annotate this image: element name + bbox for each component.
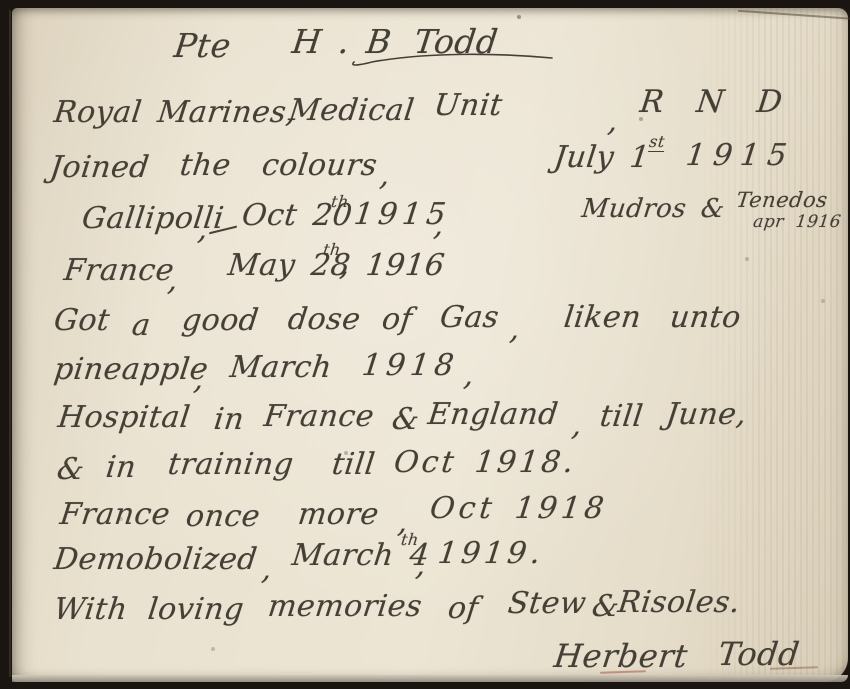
line-memories-segment: of (446, 591, 480, 626)
line-unit-segment: R N D (638, 84, 785, 120)
photograph-frame: { "document": { "kind": "handwritten aut… (0, 0, 850, 689)
line-gas-1-segment: a (130, 308, 153, 343)
line-france-1918-segment: once (184, 499, 262, 534)
line-hospital-segment: till (598, 399, 645, 434)
signature-line-segment: Herbert (552, 637, 690, 675)
line-memories-segment: loving (146, 592, 246, 627)
line-gas-1-segment: Got (52, 303, 112, 338)
title-line-segment: Pte (172, 26, 233, 65)
line-france-1918-segment: more (296, 497, 381, 532)
line-memories-segment: memories (266, 589, 424, 624)
line-france-1918-segment: Oct 1918 (428, 491, 610, 526)
line-joined-segment: colours (260, 148, 379, 183)
line-france-1916-segment: , 1916 (338, 248, 447, 283)
title-line-segment: Todd (412, 22, 500, 61)
line-hospital-segment: June, (664, 397, 749, 432)
line-gas-2-segment: pineapple (52, 352, 210, 387)
handwriting-layer: PteH . BToddRoyal Marines,MedicalUnit,R … (0, 0, 850, 689)
line-joined-segment: Joined (48, 150, 151, 185)
line-demobilized-segment: 1919. (436, 536, 546, 571)
line-gas-2-segment: March (228, 350, 334, 385)
line-gallipoli-segment: Mudros & (580, 194, 727, 224)
line-gas-1-segment: of (380, 302, 414, 337)
line-demobilized-segment: , (260, 552, 274, 587)
line-unit-segment: Unit (432, 88, 505, 123)
line-gas-1-segment: good (180, 303, 261, 338)
line-gas-1-segment: Gas (438, 300, 501, 335)
line-gas-1-segment: liken (562, 300, 643, 335)
line-unit-segment: Royal Marines, (52, 95, 298, 130)
line-gas-2-segment: 1918 (360, 348, 461, 383)
line-france-1918-segment: France (58, 497, 172, 532)
line-memories-segment: Risoles. (616, 585, 742, 620)
line-hospital-segment: in (212, 402, 246, 437)
line-joined-segment: July 1 (552, 140, 652, 175)
title-line-segment: H . B (290, 22, 394, 61)
line-france-1916-segment: th (322, 240, 342, 259)
line-memories-segment: Stew (506, 586, 588, 621)
line-training-segment: till (330, 447, 377, 482)
line-france-1916-segment: France (62, 253, 176, 288)
line-hospital-segment: France (262, 399, 376, 434)
line-hospital-segment: Hospital (56, 400, 192, 435)
line-hospital-segment: , (570, 408, 584, 443)
line-gallipoli-segment: apr 1916 (752, 212, 842, 232)
line-joined-segment: , (378, 158, 392, 193)
line-memories-segment: With (52, 592, 130, 627)
line-gallipoli-segment: — (206, 208, 241, 249)
line-gas-1-segment: unto (668, 300, 743, 335)
line-gas-1-segment: , (508, 312, 522, 347)
line-demobilized-segment: th (400, 530, 420, 549)
line-joined-segment: the (178, 148, 233, 183)
line-training-segment: Oct 1918. (392, 445, 578, 480)
line-joined-segment: 1915 (684, 138, 797, 173)
line-training-segment: & (55, 452, 87, 487)
line-unit-segment: Medical (287, 93, 416, 128)
line-gallipoli-segment: th (330, 192, 350, 211)
line-joined-segment: st (648, 132, 666, 152)
line-gas-1-segment: dose (286, 302, 363, 337)
line-gas-2-segment: , (462, 358, 476, 393)
line-gallipoli-segment: Tenedos (735, 188, 829, 212)
line-hospital-segment: & (390, 402, 422, 437)
line-training-segment: in (104, 450, 138, 485)
line-unit-segment: , (606, 104, 620, 139)
line-hospital-segment: England (426, 397, 560, 432)
line-demobilized-segment: Demobolized (52, 542, 259, 577)
line-training-segment: training (166, 447, 296, 482)
